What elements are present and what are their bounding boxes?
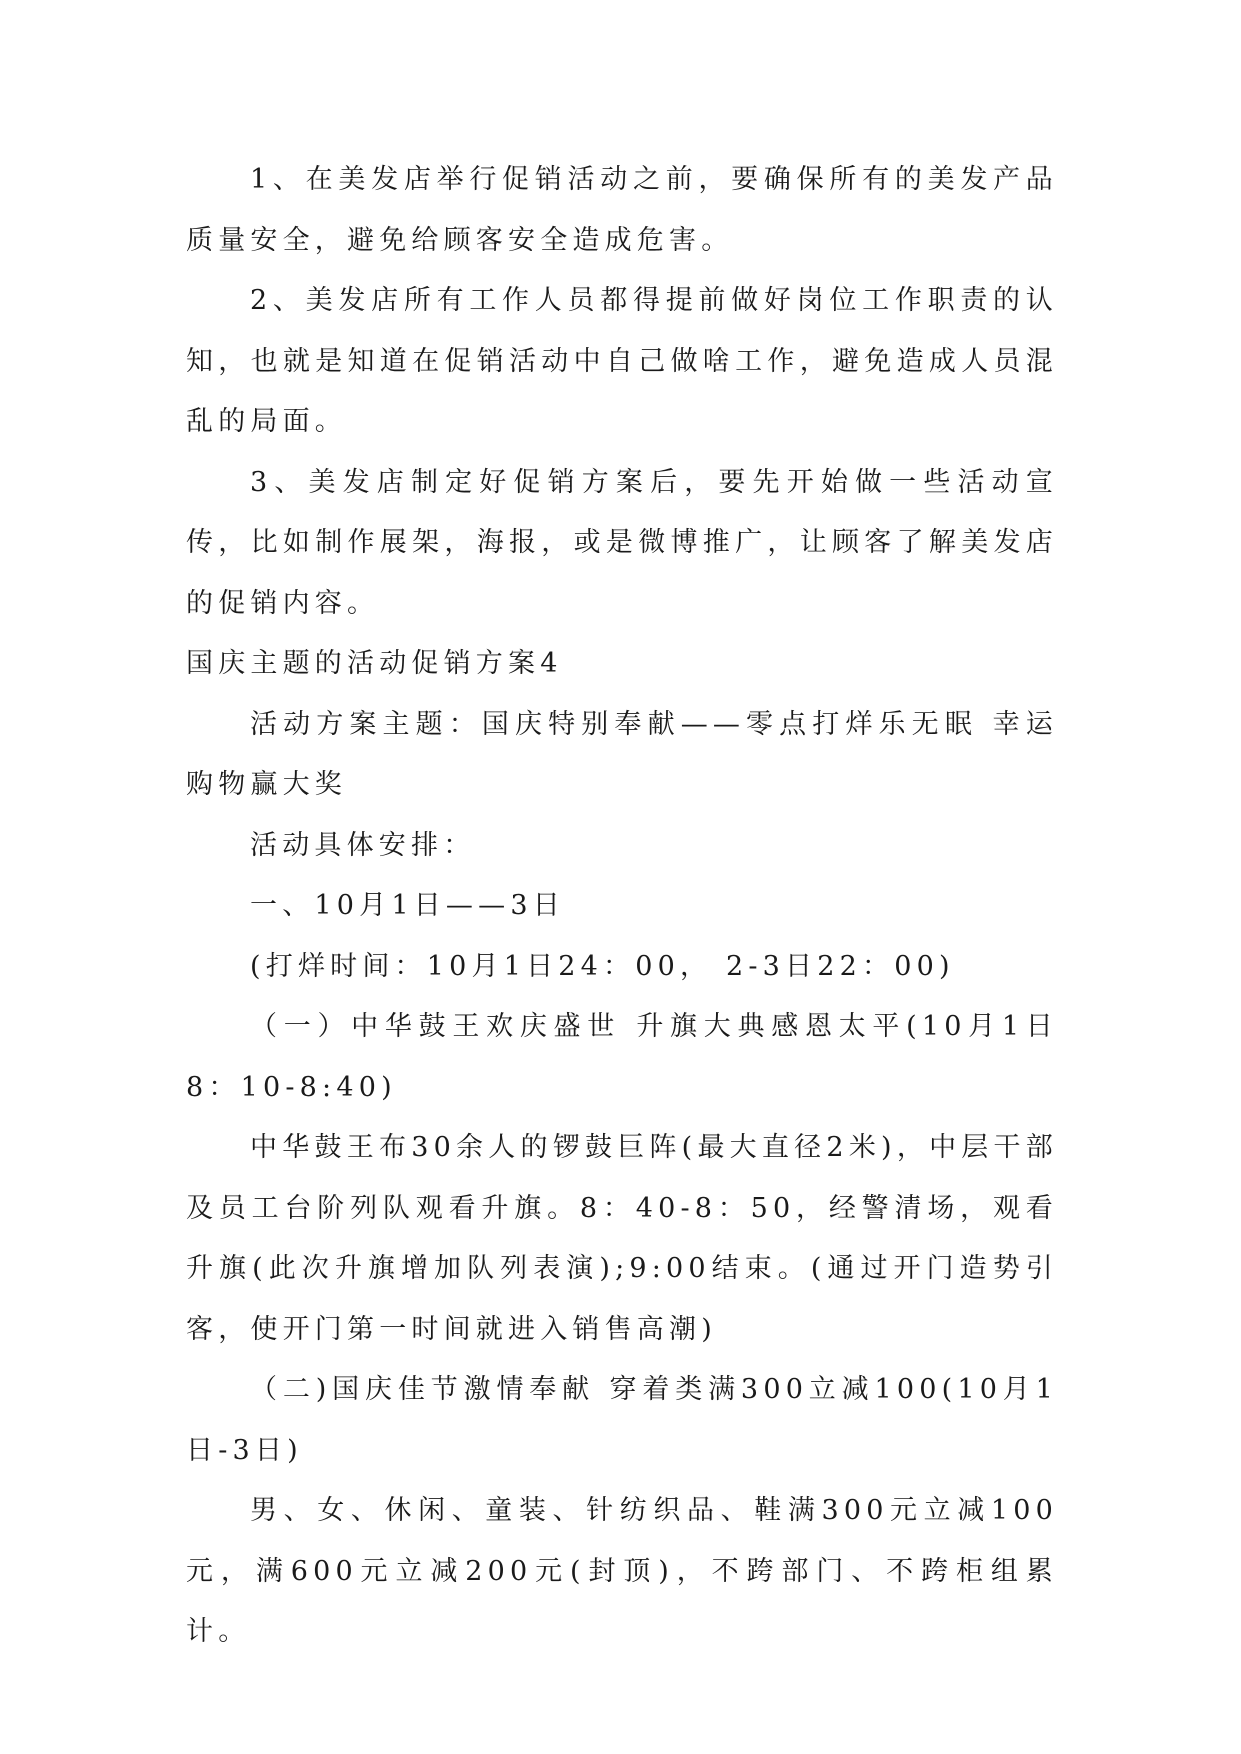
paragraph-tip-3: 3、美发店制定好促销方案后，要先开始做一些活动宣传，比如制作展架，海报，或是微博… bbox=[186, 453, 1058, 635]
paragraph-closing-time: (打烊时间：10月1日24：00， 2-3日22：00) bbox=[186, 937, 1058, 998]
document-body: 1、在美发店举行促销活动之前，要确保所有的美发产品质量安全，避免给顾客安全造成危… bbox=[186, 150, 1058, 1663]
document-page: 1、在美发店举行促销活动之前，要确保所有的美发产品质量安全，避免给顾客安全造成危… bbox=[0, 0, 1241, 1754]
paragraph-event-1-detail: 中华鼓王布30余人的锣鼓巨阵(最大直径2米)，中层干部及员工台阶列队观看升旗。8… bbox=[186, 1118, 1058, 1360]
paragraph-date-range: 一、10月1日——3日 bbox=[186, 876, 1058, 937]
paragraph-event-2-detail: 男、女、休闲、童装、针纺织品、鞋满300元立减100元，满600元立减200元(… bbox=[186, 1481, 1058, 1663]
paragraph-schedule-label: 活动具体安排： bbox=[186, 816, 1058, 877]
paragraph-event-1-title: （一）中华鼓王欢庆盛世 升旗大典感恩太平(10月1日8：10-8:40) bbox=[186, 997, 1058, 1118]
section-heading: 国庆主题的活动促销方案4 bbox=[186, 634, 1058, 695]
paragraph-event-2-title: （二)国庆佳节激情奉献 穿着类满300立减100(10月1日-3日) bbox=[186, 1360, 1058, 1481]
paragraph-tip-2: 2、美发店所有工作人员都得提前做好岗位工作职责的认知，也就是知道在促销活动中自己… bbox=[186, 271, 1058, 453]
paragraph-tip-1: 1、在美发店举行促销活动之前，要确保所有的美发产品质量安全，避免给顾客安全造成危… bbox=[186, 150, 1058, 271]
paragraph-activity-theme: 活动方案主题：国庆特别奉献——零点打烊乐无眠 幸运购物赢大奖 bbox=[186, 695, 1058, 816]
